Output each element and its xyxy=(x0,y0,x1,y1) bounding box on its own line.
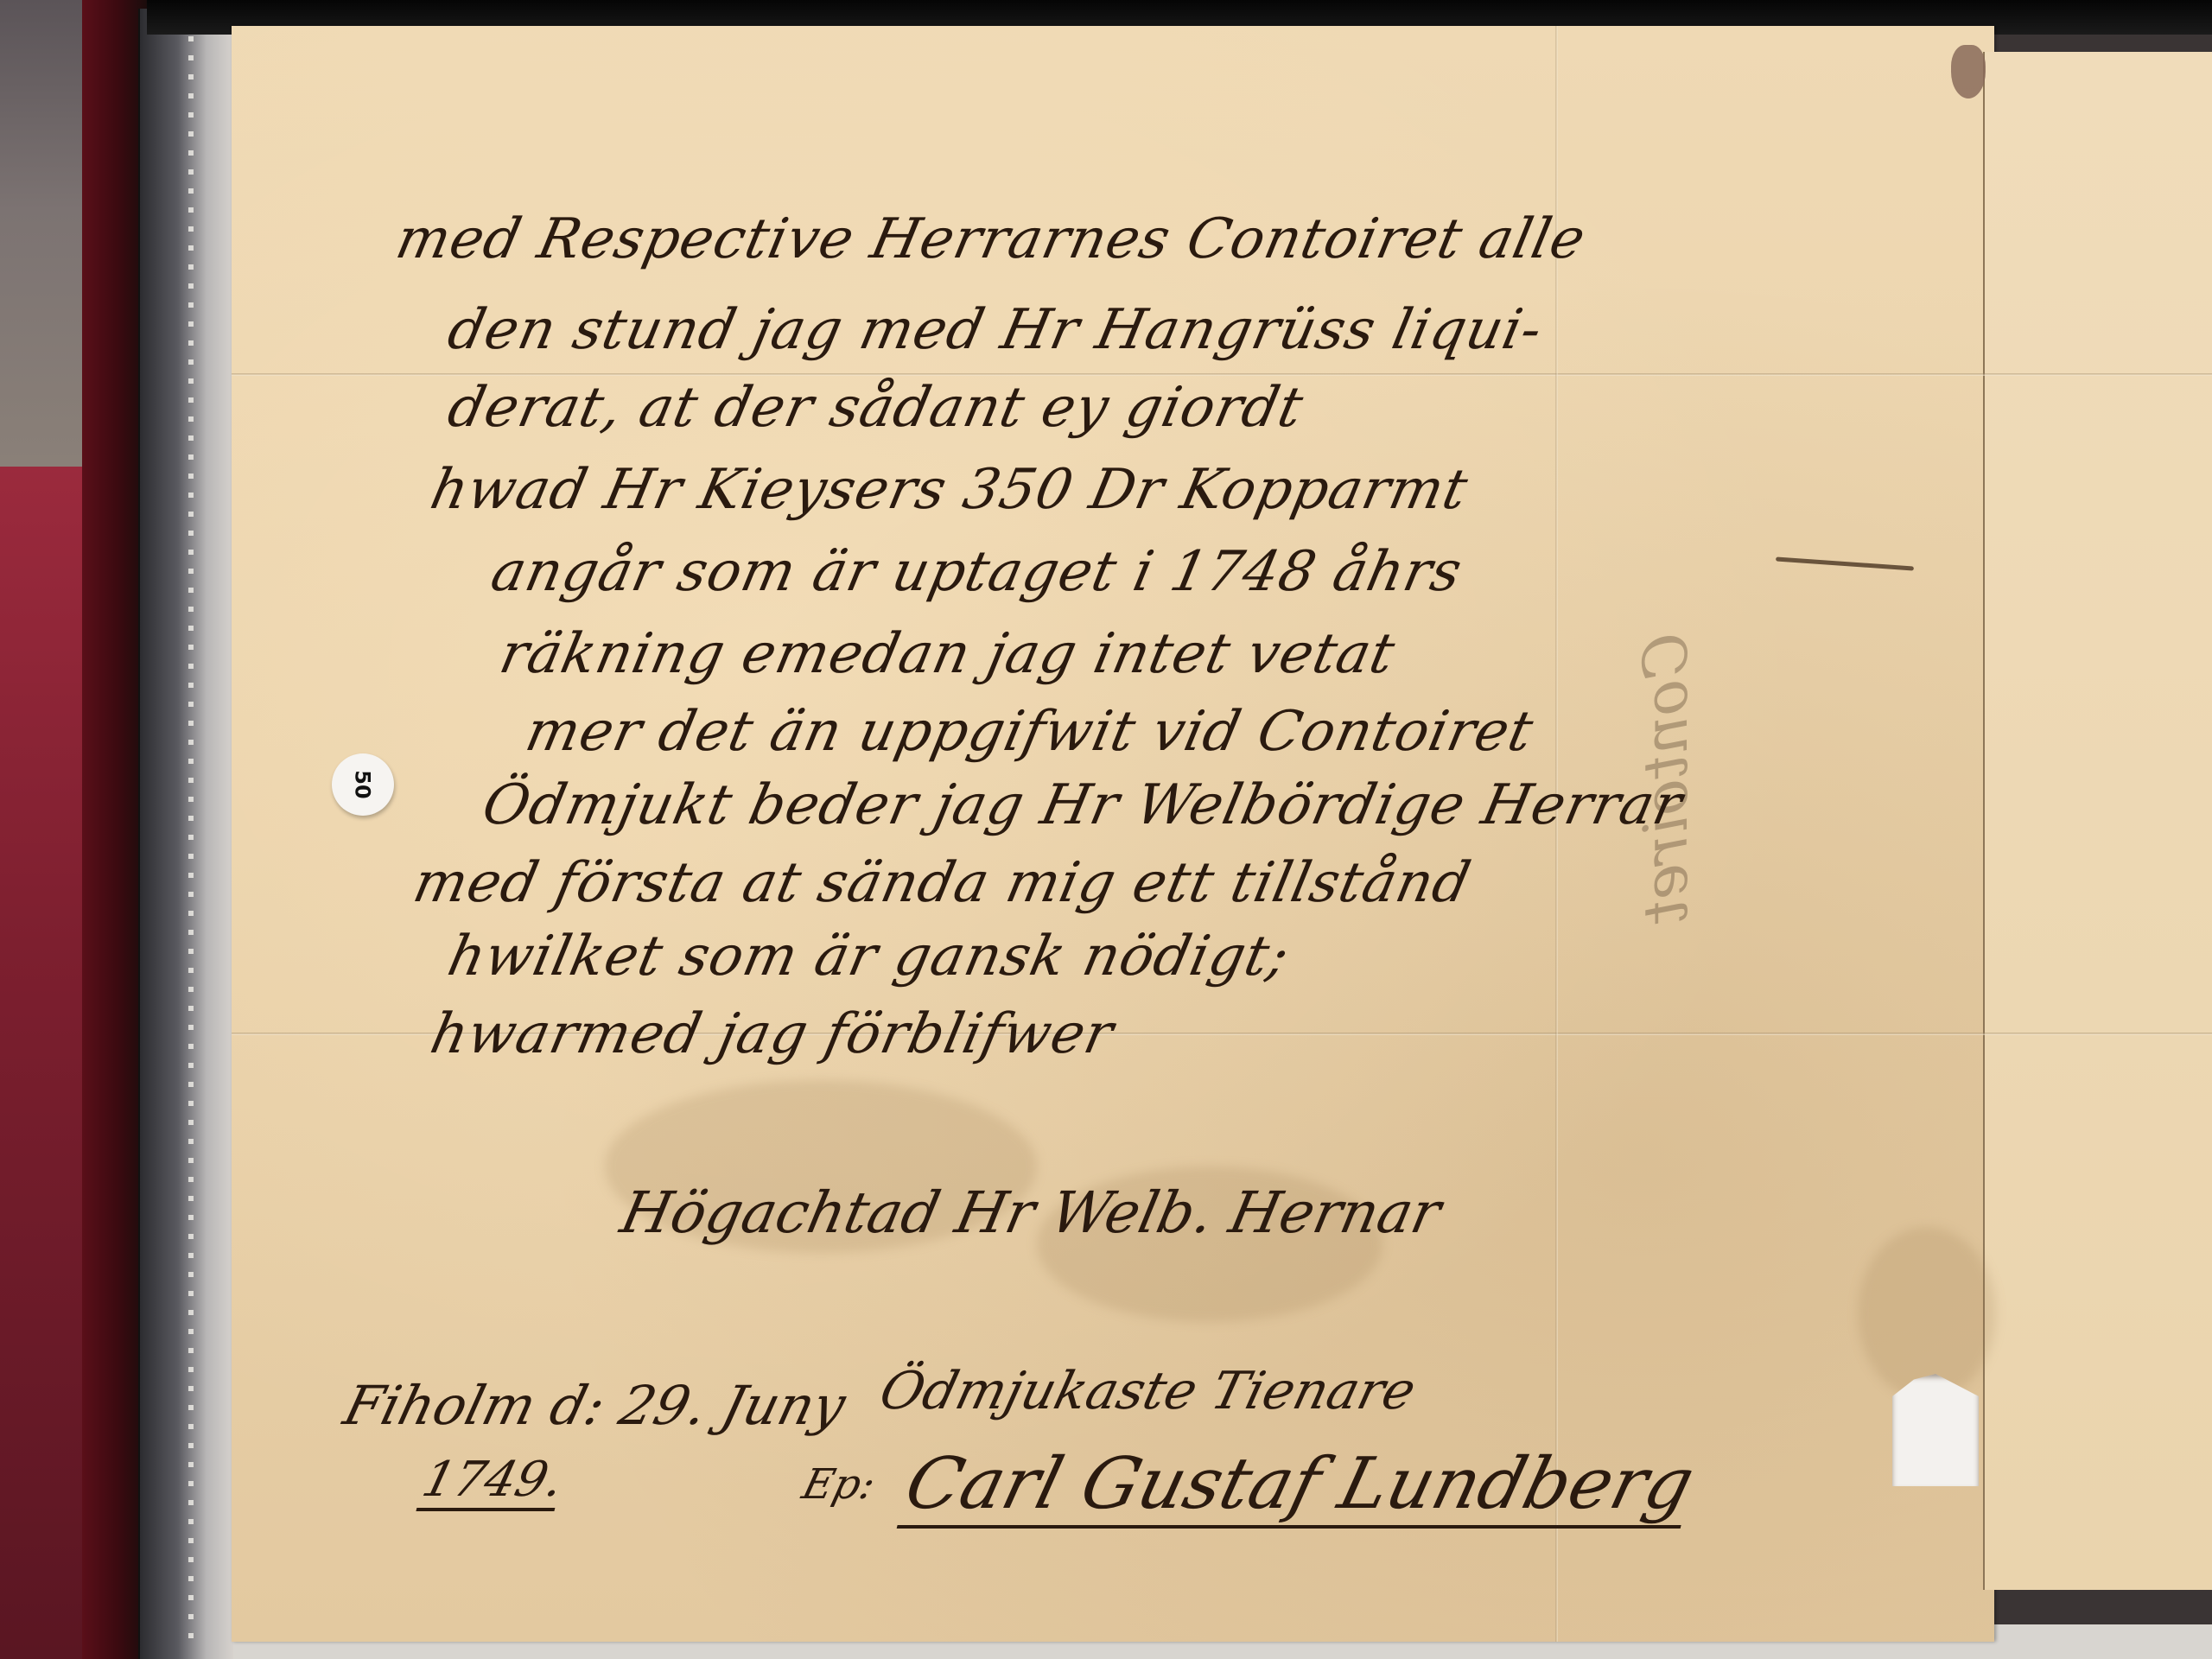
letter-fold-flap xyxy=(1983,52,2212,1590)
letter-line: räkning emedan jag intet vetat xyxy=(494,622,1401,686)
letter-line: hwad Hr Kieysers 350 Dr Kopparmt xyxy=(425,458,1473,522)
archival-sleeve xyxy=(138,9,235,1659)
background-cloth xyxy=(0,467,86,1659)
letter-line: med första at sända mig ett tillstånd xyxy=(408,851,1477,915)
letter-closing: Högachtad Hr Welb. Hernar xyxy=(615,1179,1446,1246)
binder-cover-edge xyxy=(82,0,147,1659)
signature: Carl Gustaf Lundberg xyxy=(897,1443,1702,1529)
item-number-sticker: 50 xyxy=(332,753,394,816)
letter-line: den stund jag med Hr Hangrüss liqui- xyxy=(442,298,1548,362)
item-number: 50 xyxy=(351,770,375,798)
letter-line: derat, at der sådant ey giordt xyxy=(442,376,1309,440)
letter-line: angår som är uptaget i 1748 åhrs xyxy=(486,540,1467,604)
background-wall xyxy=(0,0,86,467)
wax-seal-remnant xyxy=(1951,45,1986,99)
letter-line: hwilket som är gansk nödigt; xyxy=(442,925,1295,988)
letter-line: Ödmjukt beder jag Hr Welbördige Herrar xyxy=(477,773,1688,837)
date-year: 1749. xyxy=(416,1452,569,1511)
letter-line: med Respective Herrarnes Contoiret alle xyxy=(391,207,1592,271)
water-stain xyxy=(1858,1227,1996,1400)
date-place: Fiholm d: 29. Juny xyxy=(338,1374,852,1437)
paper-tear-hole xyxy=(1892,1374,1979,1486)
letter-line: hwarmed jag förblifwer xyxy=(425,1002,1119,1066)
sleeve-perforation xyxy=(188,17,194,1650)
letter-line: mer det än uppgifwit vid Contoiret xyxy=(520,700,1539,764)
signature-prefix: Ep: xyxy=(798,1460,880,1509)
valediction: Ödmjukaste Tienare xyxy=(874,1361,1421,1421)
